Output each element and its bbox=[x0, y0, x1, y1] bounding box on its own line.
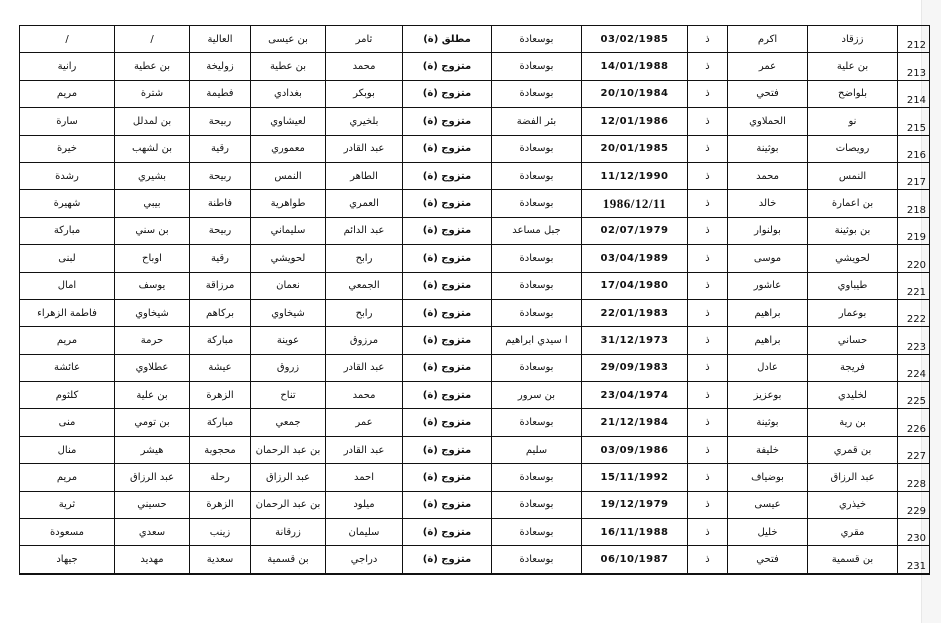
row-number: 214 bbox=[898, 80, 930, 107]
wife-first-name-cell: كلثوم bbox=[20, 382, 115, 409]
surname-cell: رويصات bbox=[808, 135, 898, 162]
marital-status-cell: متزوج (ة) bbox=[403, 354, 492, 381]
birth-place-cell: بوسعادة bbox=[492, 299, 582, 326]
surname-cell: فريجة bbox=[808, 354, 898, 381]
register-table: 212ززقاداكرمذ03/02/1985بوسعادةمطلق (ة)ثا… bbox=[19, 25, 930, 575]
wife-surname-cell: شيخاوي bbox=[115, 299, 190, 326]
register-body: 212ززقاداكرمذ03/02/1985بوسعادةمطلق (ة)ثا… bbox=[20, 26, 930, 574]
table-row: 219بن بوثينةبولنوارذ02/07/1979جبل مساعدم… bbox=[20, 217, 930, 244]
birth-place-cell: بوسعادة bbox=[492, 409, 582, 436]
marital-status-cell: متزوج (ة) bbox=[403, 519, 492, 546]
birth-date-cell: 03/04/1989 bbox=[582, 245, 688, 272]
table-row: 224فريجةعادلذ29/09/1983بوسعادةمتزوج (ة)ع… bbox=[20, 354, 930, 381]
mother-first-name-cell: زينب bbox=[190, 519, 251, 546]
surname-cell: بلواضح bbox=[808, 80, 898, 107]
wife-surname-cell: حرمة bbox=[115, 327, 190, 354]
marital-status-cell: متزوج (ة) bbox=[403, 327, 492, 354]
surname-cell: بن قمري bbox=[808, 436, 898, 463]
surname-cell: بن علية bbox=[808, 53, 898, 80]
sex-cell: ذ bbox=[688, 135, 728, 162]
father-name-cell: الجمعي bbox=[326, 272, 403, 299]
birth-place-cell: سليم bbox=[492, 436, 582, 463]
first-name-cell: محمد bbox=[728, 162, 808, 189]
birth-place-cell: بوسعادة bbox=[492, 464, 582, 491]
wife-surname-cell: / bbox=[115, 26, 190, 53]
mother-first-name-cell: مباركة bbox=[190, 327, 251, 354]
row-number: 216 bbox=[898, 135, 930, 162]
birth-date-cell: 03/02/1985 bbox=[582, 26, 688, 53]
birth-date-cell: 12/01/1986 bbox=[582, 108, 688, 135]
father-name-cell: عبد القادر bbox=[326, 436, 403, 463]
father-name-cell: رابح bbox=[326, 245, 403, 272]
row-number: 228 bbox=[898, 464, 930, 491]
birth-date-cell: 06/10/1987 bbox=[582, 546, 688, 574]
first-name-cell: موسى bbox=[728, 245, 808, 272]
wife-first-name-cell: عائشة bbox=[20, 354, 115, 381]
wife-first-name-cell: مريم bbox=[20, 464, 115, 491]
first-name-cell: براهيم bbox=[728, 299, 808, 326]
marital-status-cell: متزوج (ة) bbox=[403, 436, 492, 463]
wife-surname-cell: حسيني bbox=[115, 491, 190, 518]
first-name-cell: بوثينة bbox=[728, 135, 808, 162]
surname-cell: بن بوثينة bbox=[808, 217, 898, 244]
wife-first-name-cell: مباركة bbox=[20, 217, 115, 244]
marital-status-cell: متزوج (ة) bbox=[403, 546, 492, 574]
father-name-cell: ثامر bbox=[326, 26, 403, 53]
sex-cell: ذ bbox=[688, 108, 728, 135]
row-number: 226 bbox=[898, 409, 930, 436]
father-name-cell: عمر bbox=[326, 409, 403, 436]
father-name-cell: عبد الدائم bbox=[326, 217, 403, 244]
wife-surname-cell: بيبي bbox=[115, 190, 190, 217]
birth-place-cell: ا سيدي ابراهيم bbox=[492, 327, 582, 354]
birth-place-cell: بوسعادة bbox=[492, 190, 582, 217]
sex-cell: ذ bbox=[688, 491, 728, 518]
wife-surname-cell: عبد الرزاق bbox=[115, 464, 190, 491]
birth-date-cell: 15/11/1992 bbox=[582, 464, 688, 491]
wife-first-name-cell: مريم bbox=[20, 327, 115, 354]
marital-status-cell: متزوج (ة) bbox=[403, 382, 492, 409]
mother-surname-cell: طواهرية bbox=[251, 190, 326, 217]
birth-place-cell: بوسعادة bbox=[492, 135, 582, 162]
first-name-cell: الحملاوي bbox=[728, 108, 808, 135]
sex-cell: ذ bbox=[688, 26, 728, 53]
first-name-cell: بوضياف bbox=[728, 464, 808, 491]
birth-place-cell: بئر الفضة bbox=[492, 108, 582, 135]
row-number: 213 bbox=[898, 53, 930, 80]
mother-first-name-cell: رقية bbox=[190, 245, 251, 272]
wife-surname-cell: بن لشهب bbox=[115, 135, 190, 162]
wife-surname-cell: بن لمدلل bbox=[115, 108, 190, 135]
mother-first-name-cell: العالية bbox=[190, 26, 251, 53]
sex-cell: ذ bbox=[688, 245, 728, 272]
father-name-cell: عبد القادر bbox=[326, 354, 403, 381]
surname-cell: ززقاد bbox=[808, 26, 898, 53]
table-row: 230مقريخليلذ16/11/1988بوسعادةمتزوج (ة)سل… bbox=[20, 519, 930, 546]
birth-date-cell: 14/01/1988 bbox=[582, 53, 688, 80]
father-name-cell: محمد bbox=[326, 53, 403, 80]
wife-surname-cell: بن تومي bbox=[115, 409, 190, 436]
first-name-cell: بوثينة bbox=[728, 409, 808, 436]
wife-surname-cell: هيشر bbox=[115, 436, 190, 463]
sex-cell: ذ bbox=[688, 519, 728, 546]
birth-date-cell: 02/07/1979 bbox=[582, 217, 688, 244]
birth-place-cell: بوسعادة bbox=[492, 245, 582, 272]
surname-cell: بن رية bbox=[808, 409, 898, 436]
birth-place-cell: بوسعادة bbox=[492, 272, 582, 299]
sex-cell: ذ bbox=[688, 464, 728, 491]
table-row: 227بن قمريخليفةذ03/09/1986سليممتزوج (ة)ع… bbox=[20, 436, 930, 463]
table-row: 217النمسمحمدذ11/12/1990بوسعادةمتزوج (ة)ا… bbox=[20, 162, 930, 189]
mother-surname-cell: نعمان bbox=[251, 272, 326, 299]
father-name-cell: دراجي bbox=[326, 546, 403, 574]
wife-first-name-cell: / bbox=[20, 26, 115, 53]
first-name-cell: فتحي bbox=[728, 80, 808, 107]
marital-status-cell: متزوج (ة) bbox=[403, 409, 492, 436]
row-number: 217 bbox=[898, 162, 930, 189]
mother-first-name-cell: رقية bbox=[190, 135, 251, 162]
mother-first-name-cell: فاطنة bbox=[190, 190, 251, 217]
birth-date-cell: 1986/12/11 bbox=[582, 190, 688, 217]
birth-date-cell: 23/04/1974 bbox=[582, 382, 688, 409]
first-name-cell: خالد bbox=[728, 190, 808, 217]
sex-cell: ذ bbox=[688, 436, 728, 463]
row-number: 220 bbox=[898, 245, 930, 272]
table-row: 228عبد الرزاقبوضيافذ15/11/1992بوسعادةمتز… bbox=[20, 464, 930, 491]
marital-status-cell: متزوج (ة) bbox=[403, 135, 492, 162]
wife-surname-cell: مهديد bbox=[115, 546, 190, 574]
sex-cell: ذ bbox=[688, 382, 728, 409]
birth-date-cell: 19/12/1979 bbox=[582, 491, 688, 518]
first-name-cell: بوعزيز bbox=[728, 382, 808, 409]
mother-first-name-cell: سعدية bbox=[190, 546, 251, 574]
mother-surname-cell: عوينة bbox=[251, 327, 326, 354]
sex-cell: ذ bbox=[688, 327, 728, 354]
wife-first-name-cell: منال bbox=[20, 436, 115, 463]
father-name-cell: الطاهر bbox=[326, 162, 403, 189]
table-row: 223حسانيبراهيمذ31/12/1973ا سيدي ابراهيمم… bbox=[20, 327, 930, 354]
wife-surname-cell: بن سني bbox=[115, 217, 190, 244]
birth-date-cell: 17/04/1980 bbox=[582, 272, 688, 299]
birth-place-cell: بوسعادة bbox=[492, 491, 582, 518]
first-name-cell: عاشور bbox=[728, 272, 808, 299]
birth-place-cell: بن سرور bbox=[492, 382, 582, 409]
mother-surname-cell: معموري bbox=[251, 135, 326, 162]
birth-date-cell: 22/01/1983 bbox=[582, 299, 688, 326]
mother-surname-cell: بن عطية bbox=[251, 53, 326, 80]
wife-first-name-cell: امال bbox=[20, 272, 115, 299]
mother-first-name-cell: مباركة bbox=[190, 409, 251, 436]
marital-status-cell: متزوج (ة) bbox=[403, 245, 492, 272]
wife-first-name-cell: مسعودة bbox=[20, 519, 115, 546]
row-number: 221 bbox=[898, 272, 930, 299]
row-number: 227 bbox=[898, 436, 930, 463]
row-number: 230 bbox=[898, 519, 930, 546]
row-number: 222 bbox=[898, 299, 930, 326]
father-name-cell: العمري bbox=[326, 190, 403, 217]
table-row: 222بوعماربراهيمذ22/01/1983بوسعادةمتزوج (… bbox=[20, 299, 930, 326]
father-name-cell: محمد bbox=[326, 382, 403, 409]
surname-cell: بوعمار bbox=[808, 299, 898, 326]
birth-date-cell: 11/12/1990 bbox=[582, 162, 688, 189]
table-row: 231بن قسميةفتحيذ06/10/1987بوسعادةمتزوج (… bbox=[20, 546, 930, 574]
first-name-cell: عمر bbox=[728, 53, 808, 80]
birth-place-cell: بوسعادة bbox=[492, 354, 582, 381]
birth-date-cell: 29/09/1983 bbox=[582, 354, 688, 381]
mother-surname-cell: تناح bbox=[251, 382, 326, 409]
first-name-cell: عادل bbox=[728, 354, 808, 381]
sex-cell: ذ bbox=[688, 272, 728, 299]
table-row: 221طيباويعاشورذ17/04/1980بوسعادةمتزوج (ة… bbox=[20, 272, 930, 299]
wife-first-name-cell: ثرية bbox=[20, 491, 115, 518]
wife-first-name-cell: شهيرة bbox=[20, 190, 115, 217]
row-number: 225 bbox=[898, 382, 930, 409]
birth-place-cell: بوسعادة bbox=[492, 546, 582, 574]
birth-place-cell: بوسعادة bbox=[492, 519, 582, 546]
birth-place-cell: بوسعادة bbox=[492, 53, 582, 80]
mother-first-name-cell: رحلة bbox=[190, 464, 251, 491]
table-row: 220لحويشيموسىذ03/04/1989بوسعادةمتزوج (ة)… bbox=[20, 245, 930, 272]
table-row: 218بن اعمارةخالدذ1986/12/11بوسعادةمتزوج … bbox=[20, 190, 930, 217]
mother-surname-cell: لعيشاوي bbox=[251, 108, 326, 135]
mother-first-name-cell: زوليخة bbox=[190, 53, 251, 80]
mother-surname-cell: النمس bbox=[251, 162, 326, 189]
marital-status-cell: متزوج (ة) bbox=[403, 491, 492, 518]
first-name-cell: عيسى bbox=[728, 491, 808, 518]
mother-first-name-cell: ربيحة bbox=[190, 162, 251, 189]
birth-date-cell: 03/09/1986 bbox=[582, 436, 688, 463]
sex-cell: ذ bbox=[688, 190, 728, 217]
mother-first-name-cell: الزهرة bbox=[190, 491, 251, 518]
marital-status-cell: مطلق (ة) bbox=[403, 26, 492, 53]
mother-surname-cell: شيخاوي bbox=[251, 299, 326, 326]
mother-surname-cell: جمعي bbox=[251, 409, 326, 436]
wife-surname-cell: شترة bbox=[115, 80, 190, 107]
surname-cell: بن قسمية bbox=[808, 546, 898, 574]
father-name-cell: بلخيري bbox=[326, 108, 403, 135]
mother-surname-cell: زرقانة bbox=[251, 519, 326, 546]
first-name-cell: خليفة bbox=[728, 436, 808, 463]
first-name-cell: براهيم bbox=[728, 327, 808, 354]
mother-first-name-cell: بركاهم bbox=[190, 299, 251, 326]
birth-place-cell: جبل مساعد bbox=[492, 217, 582, 244]
wife-surname-cell: بن علية bbox=[115, 382, 190, 409]
surname-cell: حساني bbox=[808, 327, 898, 354]
marital-status-cell: متزوج (ة) bbox=[403, 464, 492, 491]
surname-cell: لحويشي bbox=[808, 245, 898, 272]
row-number: 218 bbox=[898, 190, 930, 217]
table-row: 214بلواضحفتحيذ20/10/1984بوسعادةمتزوج (ة)… bbox=[20, 80, 930, 107]
table-row: 229خيذريعيسىذ19/12/1979بوسعادةمتزوج (ة)م… bbox=[20, 491, 930, 518]
wife-surname-cell: بن عطية bbox=[115, 53, 190, 80]
row-number: 223 bbox=[898, 327, 930, 354]
marital-status-cell: متزوج (ة) bbox=[403, 108, 492, 135]
table-row: 215نوالحملاويذ12/01/1986بئر الفضةمتزوج (… bbox=[20, 108, 930, 135]
row-number: 215 bbox=[898, 108, 930, 135]
wife-first-name-cell: رشدة bbox=[20, 162, 115, 189]
first-name-cell: خليل bbox=[728, 519, 808, 546]
birth-place-cell: بوسعادة bbox=[492, 80, 582, 107]
mother-surname-cell: بن عبد الرحمان bbox=[251, 491, 326, 518]
surname-cell: بن اعمارة bbox=[808, 190, 898, 217]
birth-place-cell: بوسعادة bbox=[492, 26, 582, 53]
father-name-cell: ميلود bbox=[326, 491, 403, 518]
sex-cell: ذ bbox=[688, 217, 728, 244]
birth-date-cell: 20/01/1985 bbox=[582, 135, 688, 162]
birth-date-cell: 21/12/1984 bbox=[582, 409, 688, 436]
father-name-cell: عبد القادر bbox=[326, 135, 403, 162]
surname-cell: لخليدي bbox=[808, 382, 898, 409]
mother-first-name-cell: محجوبة bbox=[190, 436, 251, 463]
wife-first-name-cell: فاطمة الزهراء bbox=[20, 299, 115, 326]
wife-surname-cell: سعدي bbox=[115, 519, 190, 546]
birth-date-cell: 31/12/1973 bbox=[582, 327, 688, 354]
mother-surname-cell: بن عيسى bbox=[251, 26, 326, 53]
birth-place-cell: بوسعادة bbox=[492, 162, 582, 189]
wife-first-name-cell: خيرة bbox=[20, 135, 115, 162]
surname-cell: عبد الرزاق bbox=[808, 464, 898, 491]
table-row: 226بن ريةبوثينةذ21/12/1984بوسعادةمتزوج (… bbox=[20, 409, 930, 436]
wife-surname-cell: يوسف bbox=[115, 272, 190, 299]
wife-first-name-cell: لبنى bbox=[20, 245, 115, 272]
marital-status-cell: متزوج (ة) bbox=[403, 53, 492, 80]
row-number: 219 bbox=[898, 217, 930, 244]
father-name-cell: بوبكر bbox=[326, 80, 403, 107]
mother-first-name-cell: ربيحة bbox=[190, 108, 251, 135]
mother-surname-cell: سليماني bbox=[251, 217, 326, 244]
row-number: 212 bbox=[898, 26, 930, 53]
sex-cell: ذ bbox=[688, 53, 728, 80]
table-row: 225لخليديبوعزيزذ23/04/1974بن سرورمتزوج (… bbox=[20, 382, 930, 409]
mother-surname-cell: بغدادي bbox=[251, 80, 326, 107]
marital-status-cell: متزوج (ة) bbox=[403, 80, 492, 107]
mother-surname-cell: بن عبد الرحمان bbox=[251, 436, 326, 463]
sex-cell: ذ bbox=[688, 80, 728, 107]
surname-cell: طيباوي bbox=[808, 272, 898, 299]
mother-first-name-cell: عيشة bbox=[190, 354, 251, 381]
mother-surname-cell: عبد الرزاق bbox=[251, 464, 326, 491]
mother-surname-cell: زروق bbox=[251, 354, 326, 381]
table-row: 216رويصاتبوثينةذ20/01/1985بوسعادةمتزوج (… bbox=[20, 135, 930, 162]
marital-status-cell: متزوج (ة) bbox=[403, 162, 492, 189]
birth-date-cell: 20/10/1984 bbox=[582, 80, 688, 107]
mother-first-name-cell: الزهرة bbox=[190, 382, 251, 409]
wife-first-name-cell: منى bbox=[20, 409, 115, 436]
wife-surname-cell: بشيري bbox=[115, 162, 190, 189]
sex-cell: ذ bbox=[688, 299, 728, 326]
mother-first-name-cell: ربيحة bbox=[190, 217, 251, 244]
birth-date-cell: 16/11/1988 bbox=[582, 519, 688, 546]
first-name-cell: فتحي bbox=[728, 546, 808, 574]
sex-cell: ذ bbox=[688, 546, 728, 574]
marital-status-cell: متزوج (ة) bbox=[403, 299, 492, 326]
surname-cell: مقري bbox=[808, 519, 898, 546]
wife-first-name-cell: رانية bbox=[20, 53, 115, 80]
mother-surname-cell: بن قسمية bbox=[251, 546, 326, 574]
wife-surname-cell: اوباح bbox=[115, 245, 190, 272]
wife-surname-cell: عطلاوي bbox=[115, 354, 190, 381]
marital-status-cell: متزوج (ة) bbox=[403, 272, 492, 299]
sex-cell: ذ bbox=[688, 409, 728, 436]
surname-cell: النمس bbox=[808, 162, 898, 189]
first-name-cell: اكرم bbox=[728, 26, 808, 53]
marital-status-cell: متزوج (ة) bbox=[403, 190, 492, 217]
sex-cell: ذ bbox=[688, 354, 728, 381]
mother-first-name-cell: فطيمة bbox=[190, 80, 251, 107]
surname-cell: نو bbox=[808, 108, 898, 135]
wife-first-name-cell: جيهاد bbox=[20, 546, 115, 574]
sex-cell: ذ bbox=[688, 162, 728, 189]
row-number: 231 bbox=[898, 546, 930, 574]
father-name-cell: رابح bbox=[326, 299, 403, 326]
father-name-cell: سليمان bbox=[326, 519, 403, 546]
row-number: 224 bbox=[898, 354, 930, 381]
mother-first-name-cell: مرزاقة bbox=[190, 272, 251, 299]
wife-first-name-cell: مريم bbox=[20, 80, 115, 107]
marital-status-cell: متزوج (ة) bbox=[403, 217, 492, 244]
table-row: 213بن عليةعمرذ14/01/1988بوسعادةمتزوج (ة)… bbox=[20, 53, 930, 80]
mother-surname-cell: لحويشي bbox=[251, 245, 326, 272]
surname-cell: خيذري bbox=[808, 491, 898, 518]
father-name-cell: احمد bbox=[326, 464, 403, 491]
wife-first-name-cell: سارة bbox=[20, 108, 115, 135]
first-name-cell: بولنوار bbox=[728, 217, 808, 244]
father-name-cell: مرزوق bbox=[326, 327, 403, 354]
row-number: 229 bbox=[898, 491, 930, 518]
table-row: 212ززقاداكرمذ03/02/1985بوسعادةمطلق (ة)ثا… bbox=[20, 26, 930, 53]
